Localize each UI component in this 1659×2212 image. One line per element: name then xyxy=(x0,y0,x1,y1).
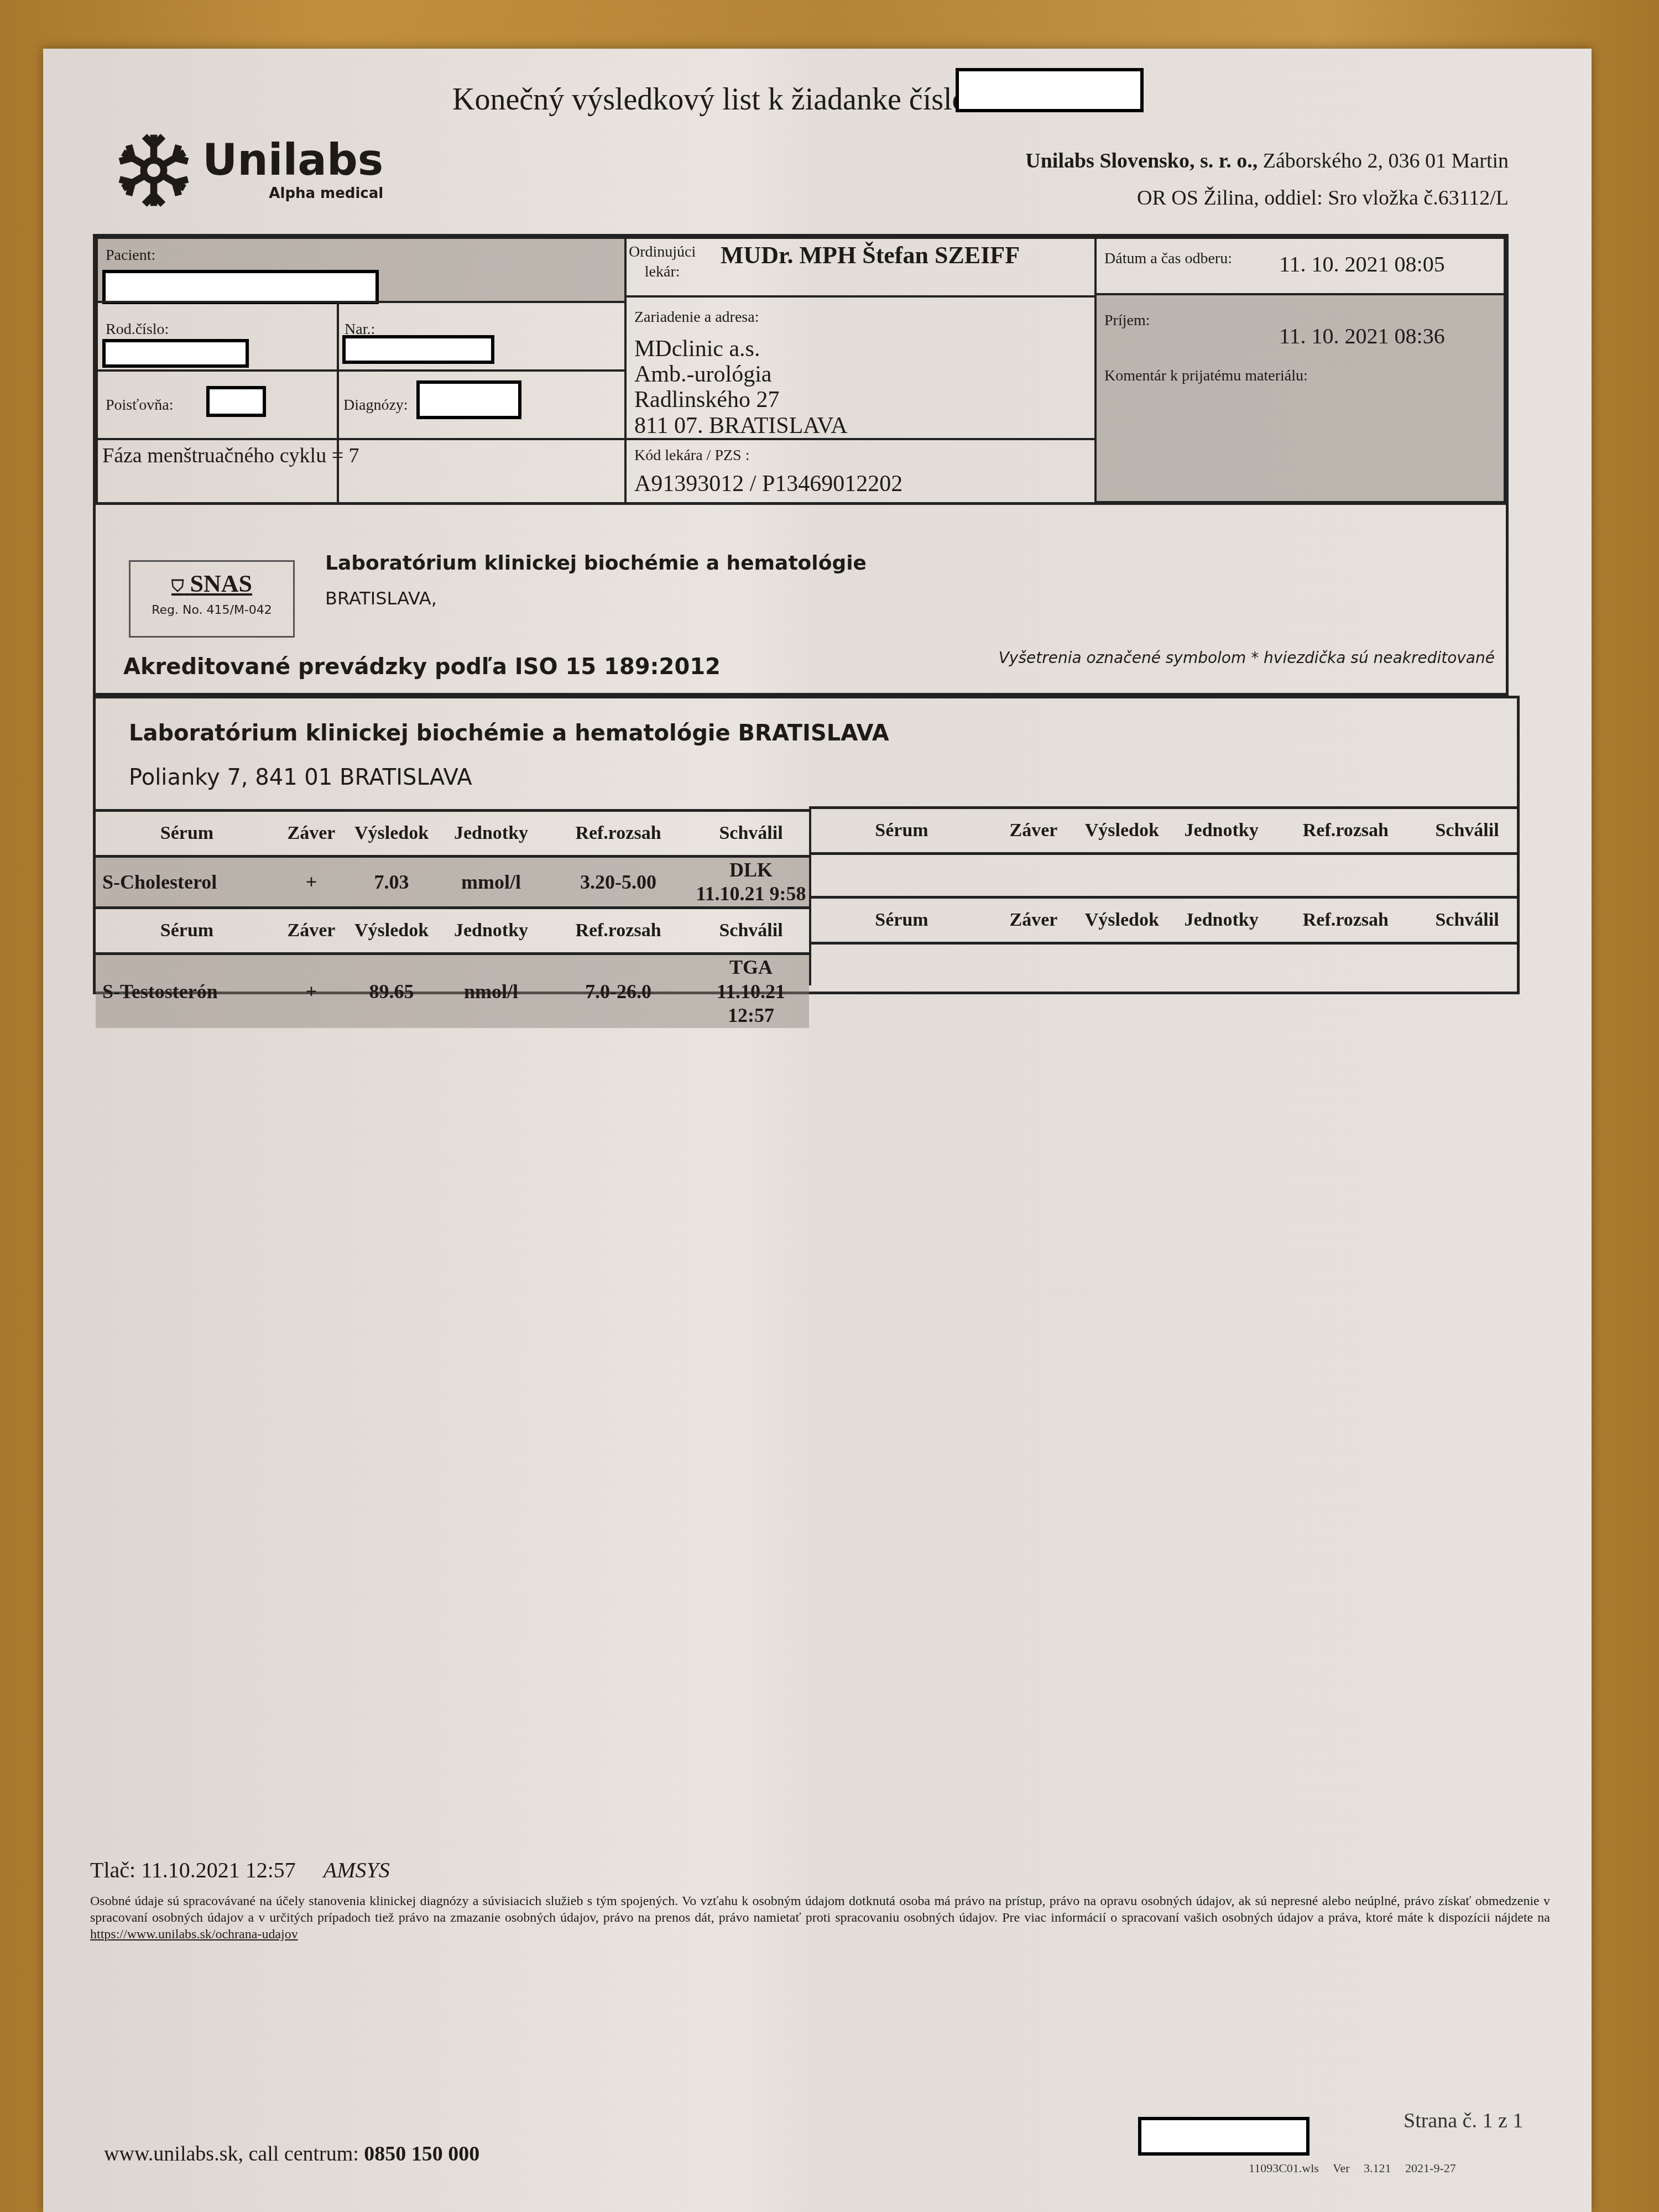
call-center-phone: 0850 150 000 xyxy=(364,2142,479,2166)
col-conclusion: Záver xyxy=(278,908,345,954)
snas-text: SNAS xyxy=(190,570,253,597)
receipt-label: Príjem: xyxy=(1104,312,1150,330)
doctor-label-line2: lekár: xyxy=(645,263,680,280)
col-approved: Schválil xyxy=(693,811,809,857)
col-ref-range: Ref.rozsah xyxy=(544,908,693,954)
col-conclusion: Záver xyxy=(992,808,1075,854)
company-registration: OR OS Žilina, oddiel: Sro vložka č.63112… xyxy=(1025,180,1509,217)
facility-cell: Zariadenie a adresa: MDclinic a.s. Amb.-… xyxy=(624,295,1097,440)
results-table-left: Sérum Záver Výsledok Jednotky Ref.rozsah… xyxy=(96,809,809,1028)
results-header-row: Sérum Záver Výsledok Jednotky Ref.rozsah… xyxy=(96,811,809,857)
lab-report-sheet: Konečný výsledkový list k žiadanke číslo… xyxy=(43,49,1592,2212)
non-accredited-note: Vyšetrenia označené symbolom * hviezdičk… xyxy=(999,649,1495,667)
col-result: Výsledok xyxy=(345,811,439,857)
approved-at: 11.10.21 9:58 xyxy=(693,882,808,906)
redacted-diagnosis xyxy=(416,380,521,419)
facility-label: Zariadenie a adresa: xyxy=(634,309,759,326)
redacted-birth-date xyxy=(342,335,494,364)
test-unit: nmol/l xyxy=(439,954,544,1028)
print-datetime: 11.10.2021 12:57 xyxy=(141,1858,296,1882)
doctor-code-cell: Kód lekára / PZS : A91393012 / P13469012… xyxy=(624,438,1097,504)
col-serum: Sérum xyxy=(96,908,278,954)
doctor-label: Ordinujúcilekár: xyxy=(629,242,696,283)
test-flag: + xyxy=(278,954,345,1028)
privacy-link[interactable]: https://www.unilabs.sk/ochrana-udajov xyxy=(90,1927,298,1942)
col-conclusion: Záver xyxy=(278,811,345,857)
results-table-right: Sérum Záver Výsledok Jednotky Ref.rozsah… xyxy=(809,806,1517,985)
print-label: Tlač: xyxy=(90,1858,135,1882)
accredited-lab-city: BRATISLAVA, xyxy=(325,588,437,609)
test-name: S-Cholesterol xyxy=(96,857,278,908)
receipt-cell: Príjem: 11. 10. 2021 08:36 Komentár k pr… xyxy=(1094,293,1506,503)
results-header-row: Sérum Záver Výsledok Jednotky Ref.rozsah… xyxy=(810,898,1517,943)
redacted-footer-id xyxy=(1138,2117,1310,2156)
col-result: Výsledok xyxy=(1075,808,1169,854)
doctor-label-line1: Ordinujúci xyxy=(629,243,696,260)
collection-cell: Dátum a čas odberu: 11. 10. 2021 08:05 xyxy=(1094,237,1506,295)
snas-reg-no: Reg. No. 415/M-042 xyxy=(131,603,293,617)
facility-address: MDclinic a.s. Amb.-urológia Radlinského … xyxy=(634,336,847,439)
snas-badge: ⛉ SNAS Reg. No. 415/M-042 xyxy=(129,560,295,638)
redacted-patient-name xyxy=(102,270,379,304)
company-info: Unilabs Slovensko, s. r. o., Záborského … xyxy=(1025,143,1509,216)
disclaimer-text: Osobné údaje sú spracovávané na účely st… xyxy=(90,1894,1550,1925)
col-serum: Sérum xyxy=(810,898,992,943)
header-info-grid: Pacient: Rod.číslo: Nar.: Poisťovňa: Dia… xyxy=(93,234,1509,505)
approved-at: 11.10.21 12:57 xyxy=(693,980,808,1027)
table-row: S-Cholesterol + 7.03 mmol/l 3.20-5.00 DL… xyxy=(96,857,809,908)
results-header-row: Sérum Záver Výsledok Jednotky Ref.rozsah… xyxy=(96,908,809,954)
shield-icon: ⛉ xyxy=(171,577,184,596)
approver: DLK xyxy=(693,858,808,882)
doctor-code-label: Kód lekára / PZS : xyxy=(634,447,749,465)
doctor-cell: Ordinujúcilekár: MUDr. MPH Štefan SZEIFF xyxy=(624,237,1097,298)
empty-cell xyxy=(337,438,627,504)
comment-label: Komentár k prijatému materiálu: xyxy=(1104,367,1308,385)
receipt-value: 11. 10. 2021 08:36 xyxy=(1279,323,1445,349)
insurer-label: Poisťovňa: xyxy=(106,397,173,414)
test-value: 89.65 xyxy=(345,954,439,1028)
page-number: Strana č. 1 z 1 xyxy=(1404,2109,1523,2133)
doctor-name: MUDr. MPH Štefan SZEIFF xyxy=(721,241,1020,269)
col-ref-range: Ref.rozsah xyxy=(544,811,693,857)
facility-line: 811 07. BRATISLAVA xyxy=(634,413,847,439)
test-approval: TGA11.10.21 12:57 xyxy=(693,954,809,1028)
facility-line: Radlinského 27 xyxy=(634,387,847,413)
snas-logo: ⛉ SNAS xyxy=(131,570,293,598)
col-units: Jednotky xyxy=(439,811,544,857)
test-value: 7.03 xyxy=(345,857,439,908)
facility-line: MDclinic a.s. xyxy=(634,336,847,362)
results-box: Laboratórium klinickej biochémie a hemat… xyxy=(93,696,1520,994)
col-units: Jednotky xyxy=(439,908,544,954)
test-flag: + xyxy=(278,857,345,908)
col-conclusion: Záver xyxy=(992,898,1075,943)
approver: TGA xyxy=(693,956,808,979)
results-lab-address: Polianky 7, 841 01 BRATISLAVA xyxy=(129,765,472,790)
col-approved: Schválil xyxy=(693,908,809,954)
col-units: Jednotky xyxy=(1169,898,1274,943)
logo-name: Unilabs xyxy=(202,139,383,182)
col-units: Jednotky xyxy=(1169,808,1274,854)
snowflake-logo-icon xyxy=(115,132,192,209)
test-unit: mmol/l xyxy=(439,857,544,908)
empty-row xyxy=(810,854,1517,898)
company-address: Záborského 2, 036 01 Martin xyxy=(1258,149,1509,173)
redacted-insurer xyxy=(206,386,266,417)
contact-line: www.unilabs.sk, call centrum: 0850 150 0… xyxy=(104,2142,479,2166)
patient-label: Pacient: xyxy=(106,247,155,264)
col-result: Výsledok xyxy=(345,908,439,954)
col-approved: Schválil xyxy=(1417,808,1517,854)
privacy-disclaimer: Osobné údaje sú spracovávané na účely st… xyxy=(90,1893,1550,1943)
website-text: www.unilabs.sk, call centrum: xyxy=(104,2142,359,2166)
accredited-lab-name: Laboratórium klinickej biochémie a hemat… xyxy=(325,552,867,575)
cycle-phase-value: Fáza menštruačného cyklu = 7 xyxy=(102,444,359,468)
collection-label: Dátum a čas odberu: xyxy=(1104,250,1232,268)
diagnosis-label: Diagnózy: xyxy=(343,397,408,414)
collection-value: 11. 10. 2021 08:05 xyxy=(1279,251,1445,277)
results-header-row: Sérum Záver Výsledok Jednotky Ref.rozsah… xyxy=(810,808,1517,854)
logo-subtitle: Alpha medical xyxy=(202,185,383,202)
col-approved: Schválil xyxy=(1417,898,1517,943)
table-row: S-Testosterón + 89.65 nmol/l 7.0-26.0 TG… xyxy=(96,954,809,1028)
results-lab-title: Laboratórium klinickej biochémie a hemat… xyxy=(129,721,889,746)
col-ref-range: Ref.rozsah xyxy=(1274,808,1418,854)
col-serum: Sérum xyxy=(810,808,992,854)
cycle-phase-cell: Fáza menštruačného cyklu = 7 xyxy=(96,438,339,504)
birth-number-label: Rod.číslo: xyxy=(106,321,169,338)
redacted-request-number xyxy=(956,68,1144,112)
facility-line: Amb.-urológia xyxy=(634,362,847,387)
iso-accreditation: Akreditované prevádzky podľa ISO 15 189:… xyxy=(123,654,721,680)
col-serum: Sérum xyxy=(96,811,278,857)
test-range: 3.20-5.00 xyxy=(544,857,693,908)
doctor-code-value: A91393012 / P13469012202 xyxy=(634,471,902,497)
test-name: S-Testosterón xyxy=(96,954,278,1028)
test-approval: DLK11.10.21 9:58 xyxy=(693,857,809,908)
print-info: Tlač: 11.10.2021 12:57 AMSYS xyxy=(90,1857,390,1883)
empty-row xyxy=(810,943,1517,986)
col-result: Výsledok xyxy=(1075,898,1169,943)
redacted-birth-number xyxy=(102,339,249,368)
document-title: Konečný výsledkový list k žiadanke číslo xyxy=(452,82,968,117)
title-text: Konečný výsledkový list k žiadanke číslo xyxy=(452,82,968,117)
col-ref-range: Ref.rozsah xyxy=(1274,898,1418,943)
accreditation-box: ⛉ SNAS Reg. No. 415/M-042 Laboratórium k… xyxy=(93,502,1509,696)
company-name: Unilabs Slovensko, s. r. o., xyxy=(1025,149,1258,173)
test-range: 7.0-26.0 xyxy=(544,954,693,1028)
unilabs-logo: Unilabs Alpha medical xyxy=(115,132,383,209)
form-version: 11093C01.wls Ver 3.121 2021-9-27 xyxy=(1249,2161,1456,2176)
print-system: AMSYS xyxy=(324,1858,390,1882)
